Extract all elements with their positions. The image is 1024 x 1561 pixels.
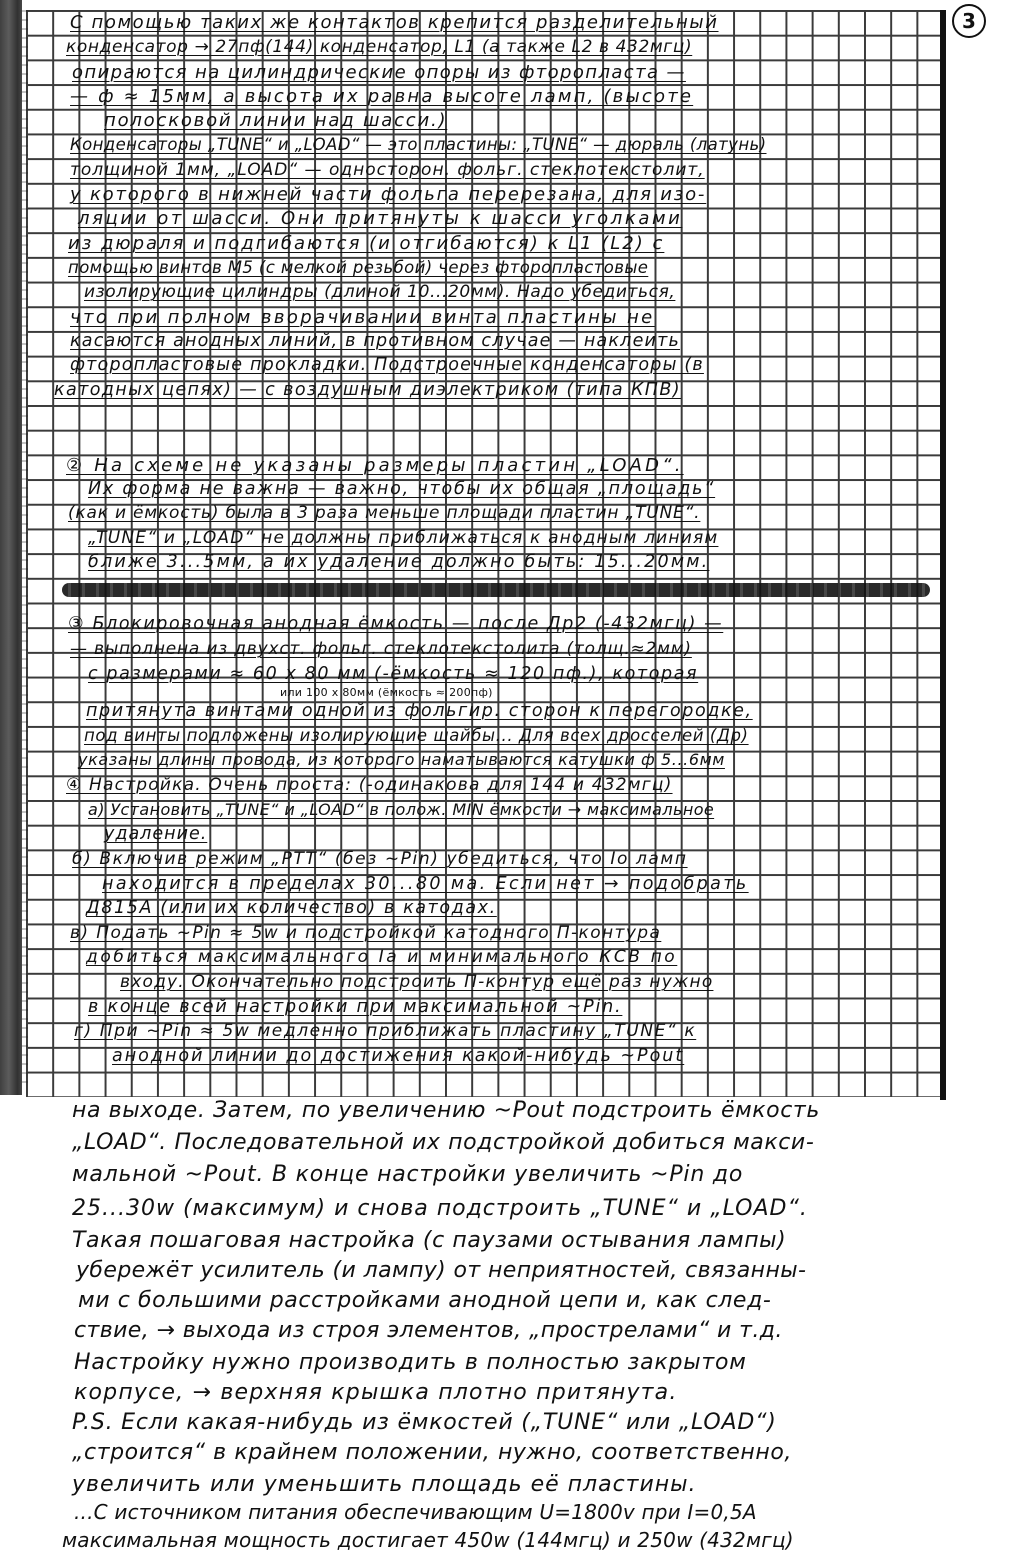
text-line: добиться максимального Ia и минимального…: [86, 947, 677, 967]
text-line: под винты подложены изолирующие шайбы...…: [84, 726, 749, 745]
text-line: (как и ёмкость) была в 3 раза меньше пло…: [68, 503, 700, 523]
text-line: С помощью таких же контактов крепится ра…: [70, 12, 719, 33]
text-line: ближе 3...5мм, а их удаление должно быть…: [88, 552, 709, 572]
text-line: катодных цепях) — с воздушным диэлектрик…: [54, 380, 681, 400]
text-line: максимальная мощность достигает 450w (14…: [62, 1528, 794, 1552]
text-line: „TUNE“ и „LOAD“ не должны приближаться к…: [88, 528, 718, 548]
text-line: полосковой линии над шасси.): [104, 110, 447, 131]
text-line: а) Установить „TUNE“ и „LOAD“ в полож. M…: [88, 800, 714, 819]
text-line: анодной линии до достижения какой-нибудь…: [112, 1046, 684, 1066]
page-number: 3: [952, 4, 986, 38]
text-line: конденсатор → 27пф(144) конденсатор, L1 …: [66, 37, 692, 57]
text-line: в) Подать ~Pin ≈ 5w и подстройкой катодн…: [70, 923, 661, 943]
text-line: — выполнена из двухст. фольг. стеклотекс…: [70, 639, 692, 659]
text-line: убережёт усилитель (и лампу) от неприятн…: [76, 1258, 806, 1283]
text-line: увеличить или уменьшить площадь её пласт…: [72, 1472, 697, 1497]
text-line: ④ Настройка. Очень проста: (-одинакова д…: [66, 775, 673, 795]
text-line: изолирующие цилиндры (длиной 10...20мм).…: [84, 282, 675, 302]
binding-edge: [0, 0, 22, 1095]
text-line: ствие, → выхода из строя элементов, „про…: [74, 1318, 783, 1343]
text-line: фторопластовые прокладки. Подстроечные к…: [70, 355, 704, 375]
text-line: с размерами ≈ 60 x 80 мм (-ёмкость ≈ 120…: [88, 664, 698, 684]
text-line: толщиной 1мм, „LOAD“ — односторон. фольг…: [70, 160, 705, 180]
text-line: притянута винтами одной из фольгир. стор…: [86, 701, 753, 721]
text-line: „строится“ в крайнем положении, нужно, с…: [72, 1440, 792, 1465]
text-line: касаются анодных линий, в противном случ…: [70, 331, 680, 351]
text-line: из дюраля и подгибаются (и отгибаются) к…: [68, 233, 664, 254]
text-line: — ф ≈ 15мм, а высота их равна высоте лам…: [70, 86, 693, 107]
text-line: на выходе. Затем, по увеличению ~Pout по…: [72, 1098, 820, 1123]
text-line: ляции от шасси. Они притянуты к шасси уг…: [78, 208, 682, 229]
scribbled-out-line: [62, 583, 930, 597]
text-line: в конце всей настройки при максимальной …: [88, 997, 622, 1017]
text-line: корпусе, → верхняя крышка плотно притяну…: [74, 1380, 678, 1405]
text-line: находится в пределах 30...80 ма. Если не…: [102, 874, 749, 894]
text-line: Конденсаторы „TUNE“ и „LOAD“ — это пласт…: [70, 135, 766, 154]
text-line: ...С источником питания обеспечивающим U…: [74, 1500, 757, 1524]
text-line: что при полном вворачивании винта пласти…: [70, 307, 655, 328]
text-line: помощью винтов M5 (с мелкой резьбой) чер…: [68, 258, 648, 277]
text-line: ② На схеме не указаны размеры пластин „L…: [66, 455, 684, 476]
text-line: опираются на цилиндрические опоры из фто…: [72, 62, 686, 83]
text-line: P.S. Если какая-нибудь из ёмкостей („TUN…: [72, 1410, 777, 1435]
text-line: Д815А (или их количество) в катодах.: [86, 898, 497, 918]
text-line: мальной ~Pout. В конце настройки увеличи…: [72, 1162, 743, 1187]
text-line: ми с большими расстройками анодной цепи …: [78, 1288, 771, 1313]
text-line: входу. Окончательно подстроить П-контур …: [120, 972, 713, 992]
text-line: у которого в нижней части фольга перерез…: [70, 184, 706, 205]
text-line: ③ Блокировочная анодная ёмкость — после …: [68, 614, 723, 634]
text-line: Их форма не важна — важно, чтобы их обща…: [88, 479, 715, 499]
text-line: Такая пошаговая настройка (с паузами ост…: [72, 1228, 786, 1253]
text-line: указаны длины провода, из которого намат…: [78, 750, 725, 769]
text-line: удаление.: [104, 824, 207, 844]
text-line: б) Включив режим „PTT“ (без ~Pin) убедит…: [72, 849, 688, 869]
text-line: 25...30w (максимум) и снова подстроить „…: [72, 1196, 808, 1221]
superscript-note: или 100 x 80мм (ёмкость ≈ 200пф): [280, 686, 493, 699]
grid-right-border: [940, 10, 946, 1100]
text-line: „LOAD“. Последовательной их подстройкой …: [72, 1130, 814, 1155]
text-line: г) При ~Pin ≈ 5w медленно приближать пла…: [74, 1021, 696, 1041]
text-line: Настройку нужно производить в полностью …: [74, 1350, 747, 1375]
